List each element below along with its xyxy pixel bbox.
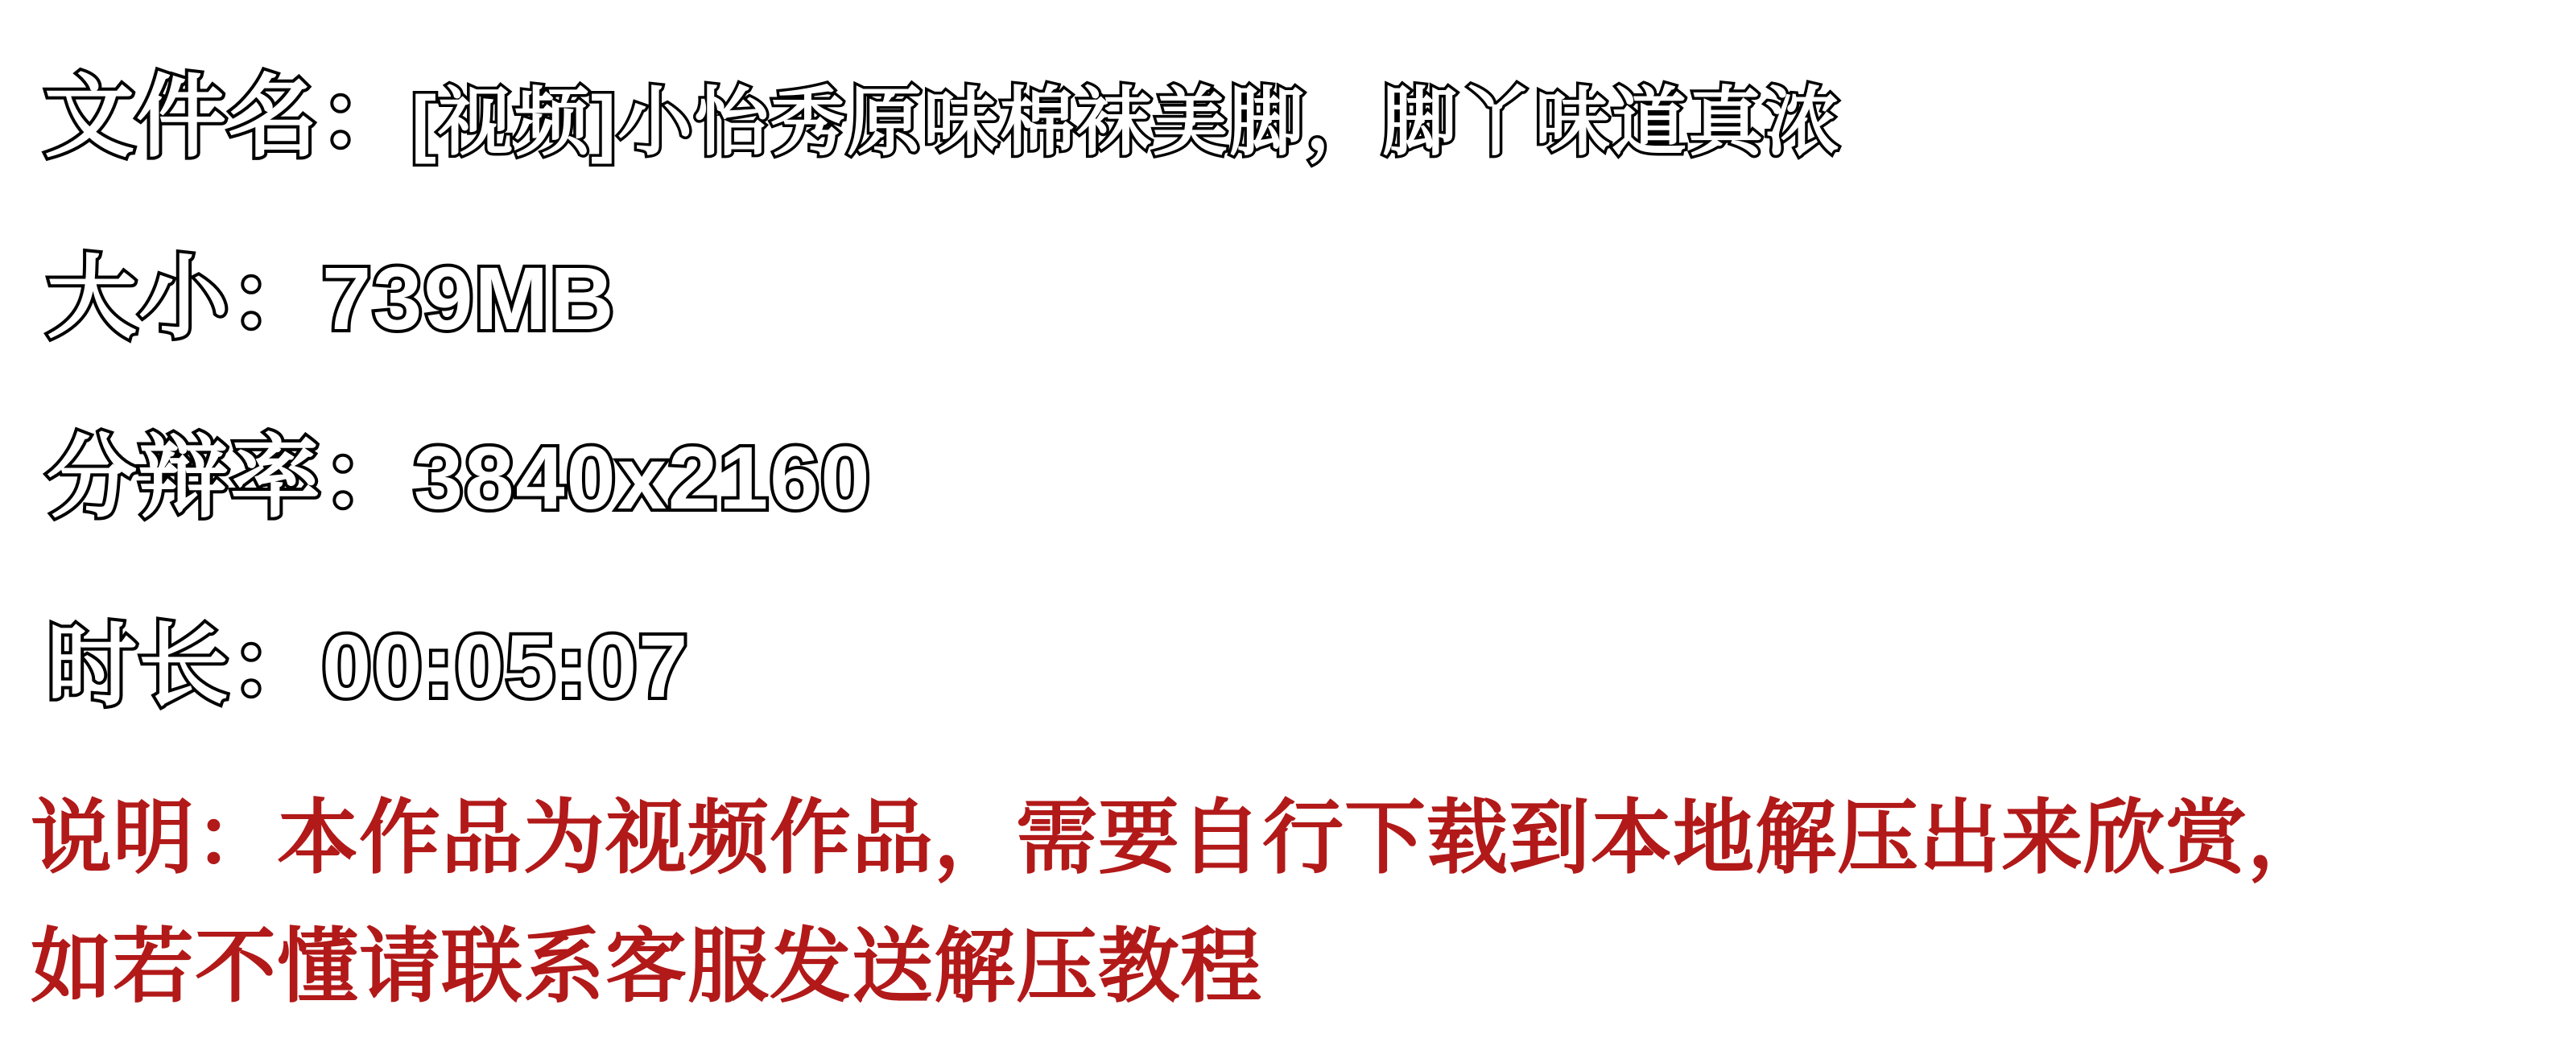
size-value: 739MB: [322, 255, 616, 344]
duration-label: 时长：: [47, 621, 322, 711]
size-label: 大小：: [47, 253, 322, 344]
field-row-resolution: 分辩率：3840x2160: [47, 433, 872, 523]
file-info-card: 文件名：[视频]小怡秀原味棉袜美脚，脚丫味道真浓 大小：739MB 分辩率：38…: [0, 0, 2576, 1046]
field-row-filename: 文件名：[视频]小怡秀原味棉袜美脚，脚丫味道真浓: [44, 72, 1841, 163]
resolution-value: 3840x2160: [414, 434, 872, 523]
filename-label: 文件名：: [44, 72, 411, 163]
resolution-label: 分辩率：: [47, 433, 414, 523]
field-row-size: 大小：739MB: [47, 253, 616, 344]
field-row-duration: 时长：00:05:07: [47, 621, 689, 711]
filename-value: [视频]小怡秀原味棉袜美脚，脚丫味道真浓: [411, 85, 1841, 160]
notice-line-1: 说明：本作品为视频作品，需要自行下载到本地解压出来欣赏，: [31, 798, 2330, 879]
notice-line-2: 如若不懂请联系客服发送解压教程: [31, 927, 1262, 1008]
duration-value: 00:05:07: [322, 623, 689, 711]
